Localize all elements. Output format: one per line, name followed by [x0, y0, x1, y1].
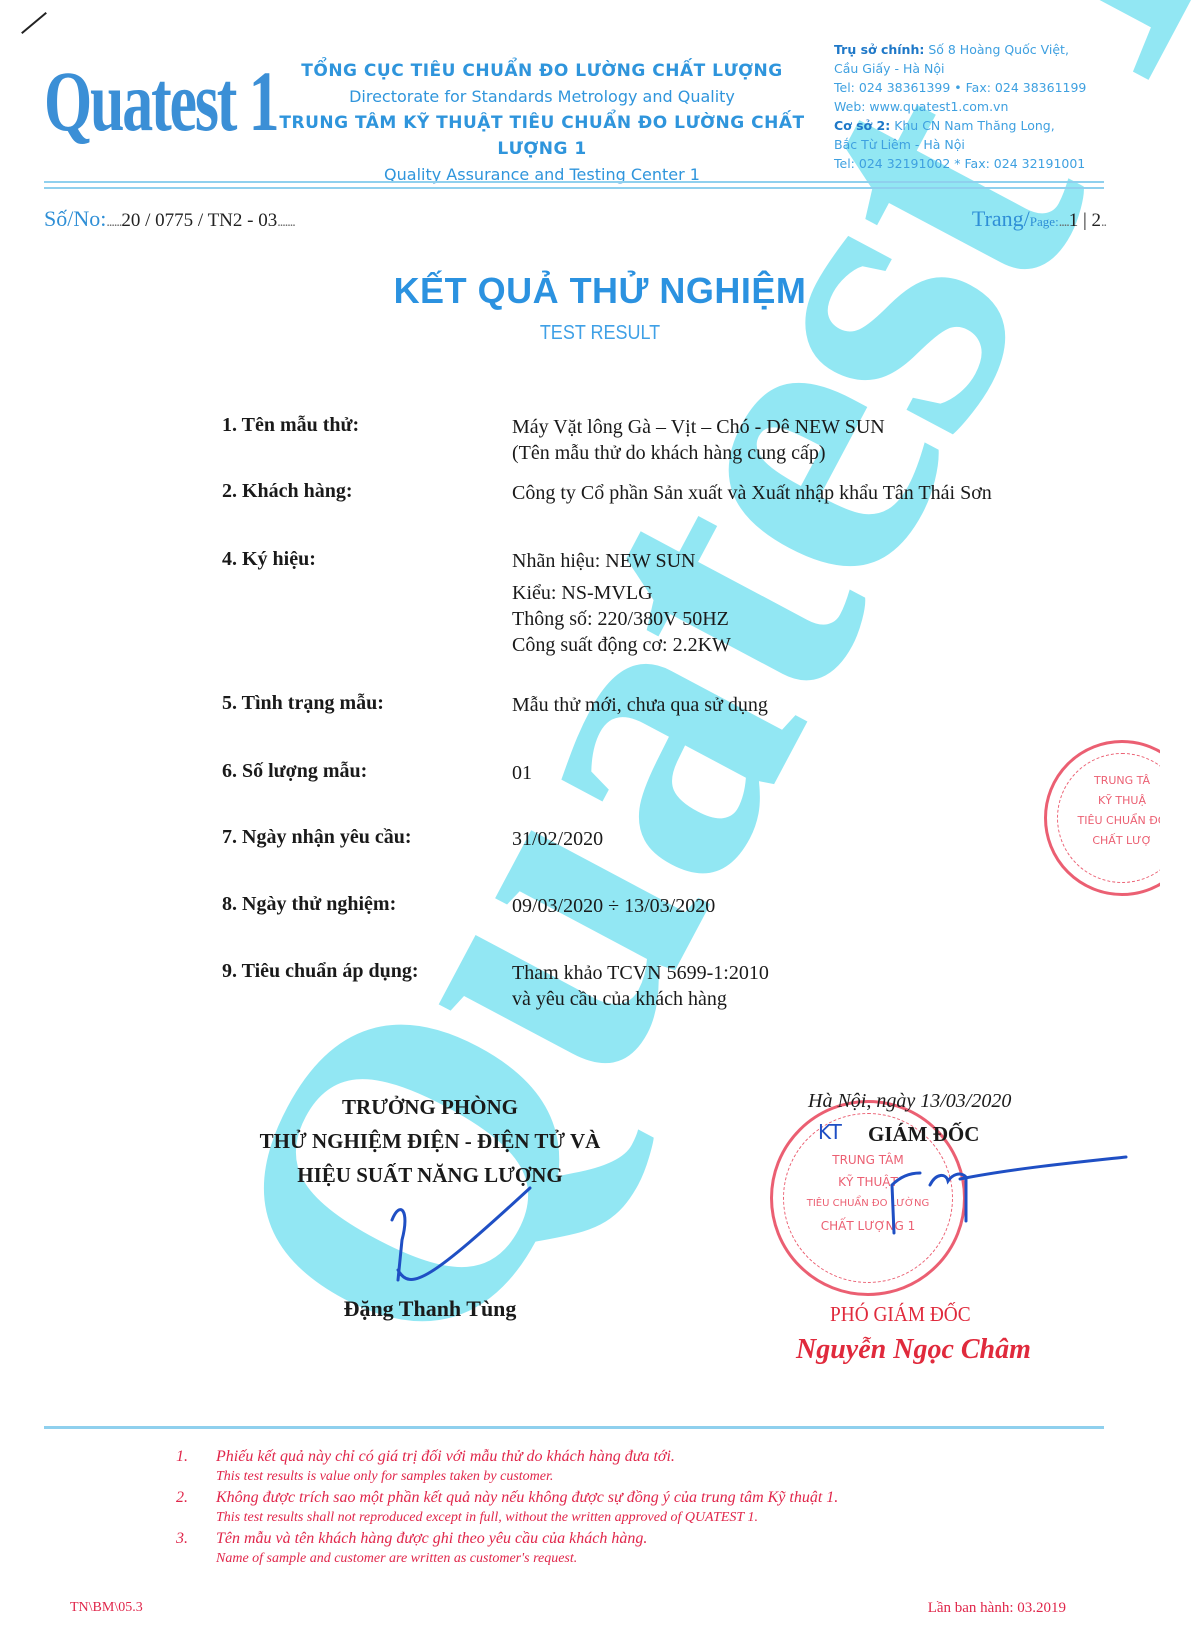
note-number: 1.: [176, 1446, 188, 1467]
org-line-1: TỔNG CỤC TIÊU CHUẨN ĐO LƯỜNG CHẤT LƯỢNG: [262, 58, 822, 84]
page-value: 1 | 2: [1069, 210, 1101, 231]
note-vietnamese: Phiếu kết quả này chỉ có giá trị đối với…: [176, 1446, 1076, 1467]
site2-address-2: Bắc Từ Liêm - Hà Nội: [834, 135, 1164, 154]
note-english: Name of sample and customer are written …: [176, 1549, 1076, 1569]
organization-block: TỔNG CỤC TIÊU CHUẨN ĐO LƯỜNG CHẤT LƯỢNG …: [262, 58, 822, 188]
document-number-label: Số/No:: [44, 206, 106, 231]
header-divider-top: [44, 181, 1104, 183]
field-value: (Tên mẫu thử do khách hàng cung cấp): [512, 440, 885, 466]
document-number: Số/No:......20 / 0775 / TN2 - 03.......: [44, 206, 295, 232]
org-line-3: TRUNG TÂM KỸ THUẬT TIÊU CHUẨN ĐO LƯỜNG C…: [262, 110, 822, 162]
quatest-logo: Quatest 1: [44, 58, 277, 144]
field-value: 31/02/2020: [512, 826, 603, 852]
page-edge: [1160, 720, 1200, 920]
site2-label: Cơ sở 2:: [834, 118, 890, 133]
field-label: 8. Ngày thử nghiệm:: [222, 893, 396, 916]
document-title: KẾT QUẢ THỬ NGHIỆM: [0, 270, 1200, 312]
field-value: và yêu cầu của khách hàng: [512, 986, 769, 1012]
title-line: THỬ NGHIỆM ĐIỆN - ĐIỆN TỬ VÀ: [220, 1124, 640, 1158]
director-signature: [890, 1155, 1130, 1235]
note-english: This test results shall not reproduced e…: [176, 1508, 1076, 1528]
field-value: Công suất động cơ: 2.2KW: [512, 632, 731, 658]
hq-address-2: Cầu Giấy - Hà Nội: [834, 59, 1164, 78]
field-label: 7. Ngày nhận yêu cầu:: [222, 826, 411, 849]
org-line-4: Quality Assurance and Testing Center 1: [262, 162, 822, 188]
hq-label: Trụ sở chính:: [834, 42, 924, 57]
footer-divider: [44, 1426, 1104, 1429]
department-head-title: TRƯỞNG PHÒNG THỬ NGHIỆM ĐIỆN - ĐIỆN TỬ V…: [220, 1090, 640, 1192]
hq-phone: Tel: 024 38361399 • Fax: 024 38361199: [834, 78, 1164, 97]
field-value: Máy Vặt lông Gà – Vịt – Chó - Dê NEW SUN: [512, 414, 885, 440]
hq-address-1: Số 8 Hoàng Quốc Việt,: [928, 42, 1069, 57]
document-number-value: 20 / 0775 / TN2 - 03: [121, 210, 277, 231]
field-value: 01: [512, 760, 532, 786]
department-head-name: Đặng Thanh Tùng: [220, 1296, 640, 1322]
page-label-small: Page:: [1030, 214, 1059, 229]
field-label: 6. Số lượng mẫu:: [222, 760, 367, 783]
note-number: 2.: [176, 1487, 188, 1508]
contact-block: Trụ sở chính: Số 8 Hoàng Quốc Việt, Cầu …: [834, 40, 1164, 173]
org-line-2: Directorate for Standards Metrology and …: [262, 84, 822, 110]
title-line: TRƯỞNG PHÒNG: [220, 1090, 640, 1124]
field-value: Công ty Cổ phần Sản xuất và Xuất nhập kh…: [512, 480, 992, 506]
note-vietnamese: Tên mẫu và tên khách hàng được ghi theo …: [176, 1528, 1076, 1549]
department-head-signature: [380, 1180, 540, 1290]
field-label: 9. Tiêu chuẩn áp dụng:: [222, 960, 419, 983]
form-code: TN\BM\05.3: [70, 1600, 143, 1616]
note-item: 3. Tên mẫu và tên khách hàng được ghi th…: [176, 1528, 1076, 1569]
pen-mark: [21, 12, 47, 34]
field-label: 4. Ký hiệu:: [222, 548, 316, 571]
note-item: 2. Không được trích sao một phần kết quả…: [176, 1487, 1076, 1528]
issue-date: Lần ban hành: 03.2019: [928, 1600, 1066, 1617]
field-value: Kiểu: NS-MVLG: [512, 580, 731, 606]
site2-phone: Tel: 024 32191002 * Fax: 024 32191001: [834, 154, 1164, 173]
header-divider-bottom: [44, 187, 1104, 189]
page-number: Trang/Page:....1 | 2..: [972, 206, 1106, 232]
field-value: 09/03/2020 ÷ 13/03/2020: [512, 893, 715, 919]
field-value: Thông số: 220/380V 50HZ: [512, 606, 731, 632]
document-subtitle: TEST RESULT: [60, 322, 1140, 345]
field-value: Nhãn hiệu: NEW SUN: [512, 548, 731, 574]
note-english: This test results is value only for samp…: [176, 1467, 1076, 1487]
field-label: 5. Tình trạng mẫu:: [222, 692, 384, 715]
note-vietnamese: Không được trích sao một phần kết quả nà…: [176, 1487, 1076, 1508]
note-item: 1. Phiếu kết quả này chỉ có giá trị đối …: [176, 1446, 1076, 1487]
director-title: GIÁM ĐỐC: [868, 1122, 979, 1147]
page-label: Trang/: [972, 206, 1030, 231]
field-value: Tham khảo TCVN 5699-1:2010: [512, 960, 769, 986]
signing-date: Hà Nội, ngày 13/03/2020: [808, 1090, 1011, 1113]
field-value: Mẫu thử mới, chưa qua sử dụng: [512, 692, 768, 718]
footer-notes: 1. Phiếu kết quả này chỉ có giá trị đối …: [176, 1446, 1076, 1569]
note-number: 3.: [176, 1528, 188, 1549]
field-label: 2. Khách hàng:: [222, 480, 353, 503]
website: Web: www.quatest1.com.vn: [834, 97, 1164, 116]
site2-address-1: Khu CN Nam Thăng Long,: [894, 118, 1055, 133]
on-behalf-initials: KT: [818, 1120, 842, 1144]
deputy-director-name: Nguyễn Ngọc Châm: [796, 1334, 1031, 1366]
field-label: 1. Tên mẫu thử:: [222, 414, 359, 437]
deputy-director-role: PHÓ GIÁM ĐỐC: [830, 1302, 971, 1327]
